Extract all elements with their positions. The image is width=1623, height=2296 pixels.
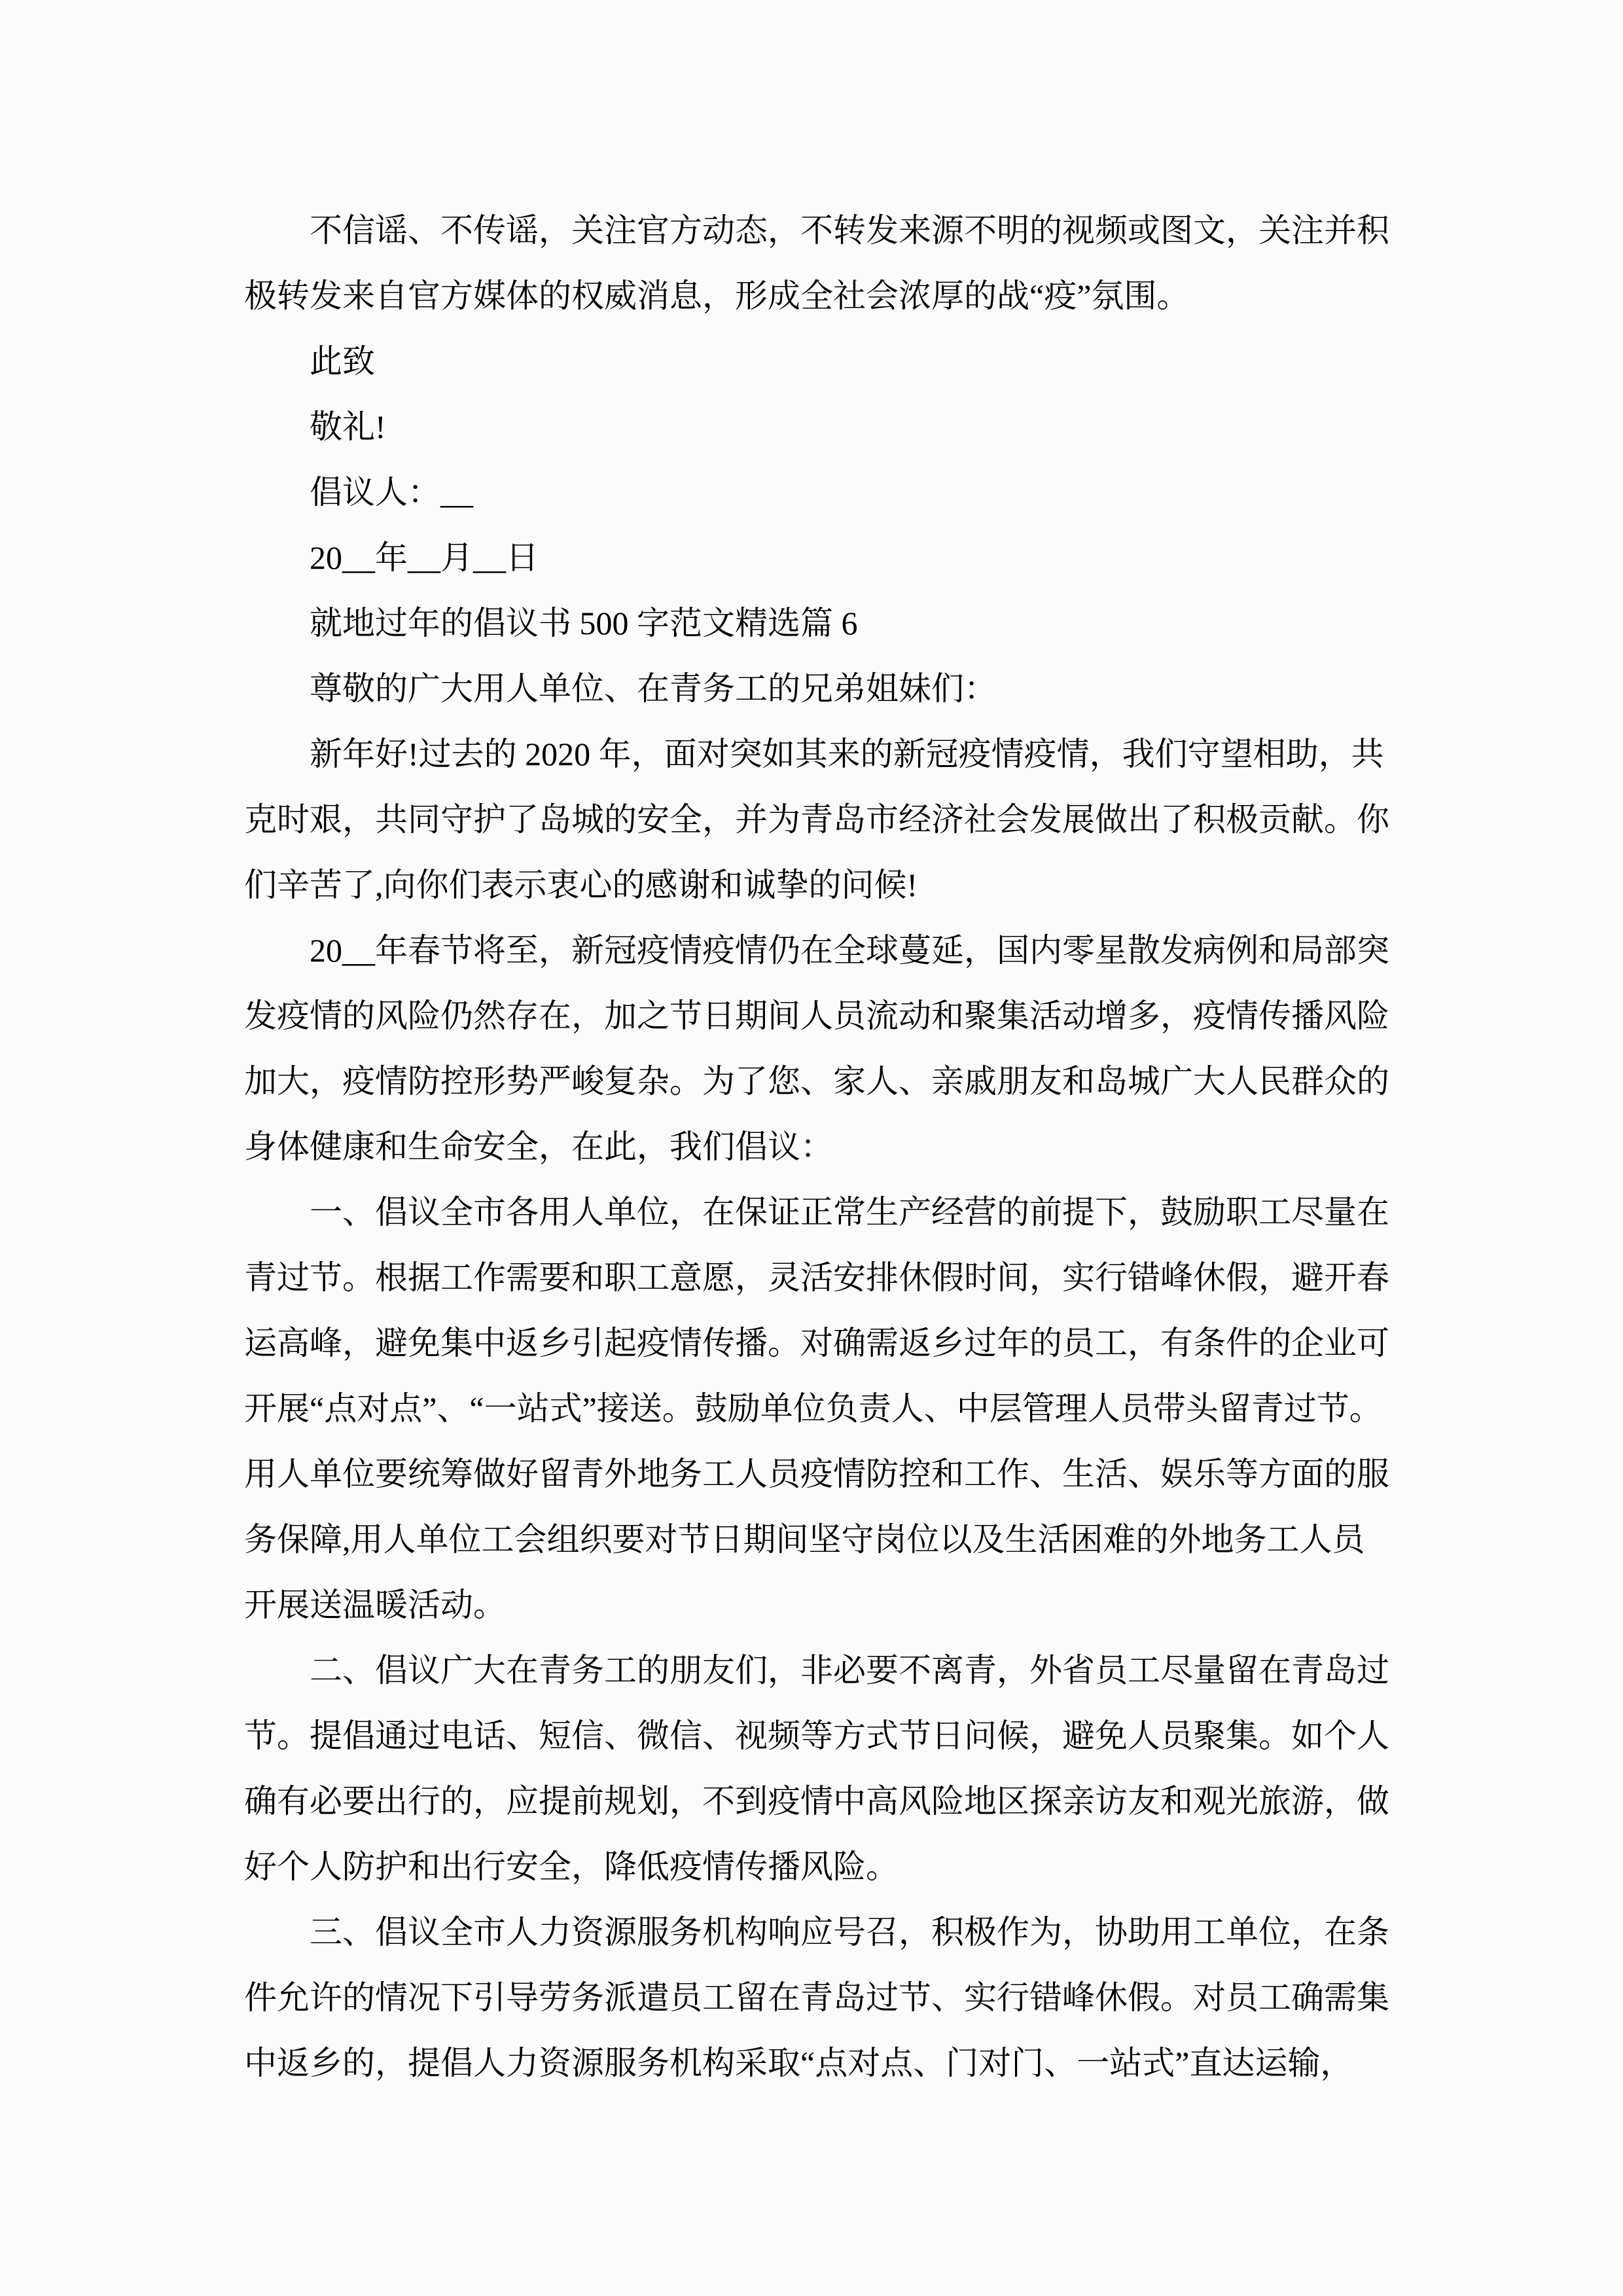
text-line: 此致: [244, 329, 1396, 394]
text-line: 敬礼!: [244, 394, 1396, 459]
text-line: 加大，疫情防控形势严峻复杂。为了您、家人、亲戚朋友和岛城广大人民群众的: [244, 1049, 1396, 1114]
text-line: 中返乡的，提倡人力资源服务机构采取“点对点、门对门、一站式”直达运输，: [244, 2030, 1396, 2096]
text-line: 节。提倡通过电话、短信、微信、视频等方式节日问候，避免人员聚集。如个人: [244, 1703, 1396, 1768]
text-line: 们辛苦了,向你们表示衷心的感谢和诚挚的问候!: [244, 852, 1396, 918]
text-line: 件允许的情况下引导劳务派遣员工留在青岛过节、实行错峰休假。对员工确需集: [244, 1965, 1396, 2030]
text-line: 开展“点对点”、“一站式”接送。鼓励单位负责人、中层管理人员带头留青过节。: [244, 1376, 1396, 1441]
text-line: 不信谣、不传谣，关注官方动态，不转发来源不明的视频或图文，关注并积: [244, 198, 1396, 263]
text-line: 身体健康和生命安全，在此，我们倡议：: [244, 1114, 1396, 1179]
text-line: 运高峰，避免集中返乡引起疫情传播。对确需返乡过年的员工，有条件的企业可: [244, 1310, 1396, 1376]
text-line: 极转发来自官方媒体的权威消息，形成全社会浓厚的战“疫”氛围。: [244, 263, 1396, 329]
document-body: 不信谣、不传谣，关注官方动态，不转发来源不明的视频或图文，关注并积极转发来自官方…: [244, 198, 1396, 2096]
text-line: 三、倡议全市人力资源服务机构响应号召，积极作为，协助用工单位，在条: [244, 1899, 1396, 1965]
text-line: 就地过年的倡议书 500 字范文精选篇 6: [244, 590, 1396, 656]
text-line: 用人单位要统筹做好留青外地务工人员疫情防控和工作、生活、娱乐等方面的服: [244, 1441, 1396, 1507]
text-line: 克时艰，共同守护了岛城的安全，并为青岛市经济社会发展做出了积极贡献。你: [244, 787, 1396, 852]
document-page: 不信谣、不传谣，关注官方动态，不转发来源不明的视频或图文，关注并积极转发来自官方…: [0, 0, 1623, 2296]
text-line: 务保障,用人单位工会组织要对节日期间坚守岗位以及生活困难的外地务工人员: [244, 1507, 1396, 1572]
text-line: 青过节。根据工作需要和职工意愿，灵活安排休假时间，实行错峰休假，避开春: [244, 1245, 1396, 1310]
text-line: 新年好!过去的 2020 年，面对突如其来的新冠疫情疫情，我们守望相助，共: [244, 721, 1396, 787]
text-line: 20__年春节将至，新冠疫情疫情仍在全球蔓延，国内零星散发病例和局部突: [244, 918, 1396, 983]
text-line: 确有必要出行的，应提前规划，不到疫情中高风险地区探亲访友和观光旅游，做: [244, 1768, 1396, 1834]
text-line: 20__年__月__日: [244, 525, 1396, 590]
text-line: 发疫情的风险仍然存在，加之节日期间人员流动和聚集活动增多，疫情传播风险: [244, 983, 1396, 1049]
text-line: 尊敬的广大用人单位、在青务工的兄弟姐妹们：: [244, 656, 1396, 721]
text-line: 一、倡议全市各用人单位，在保证正常生产经营的前提下，鼓励职工尽量在: [244, 1179, 1396, 1245]
text-line: 好个人防护和出行安全，降低疫情传播风险。: [244, 1834, 1396, 1899]
text-line: 开展送温暖活动。: [244, 1572, 1396, 1638]
text-line: 倡议人：__: [244, 459, 1396, 525]
text-line: 二、倡议广大在青务工的朋友们，非必要不离青，外省员工尽量留在青岛过: [244, 1638, 1396, 1703]
